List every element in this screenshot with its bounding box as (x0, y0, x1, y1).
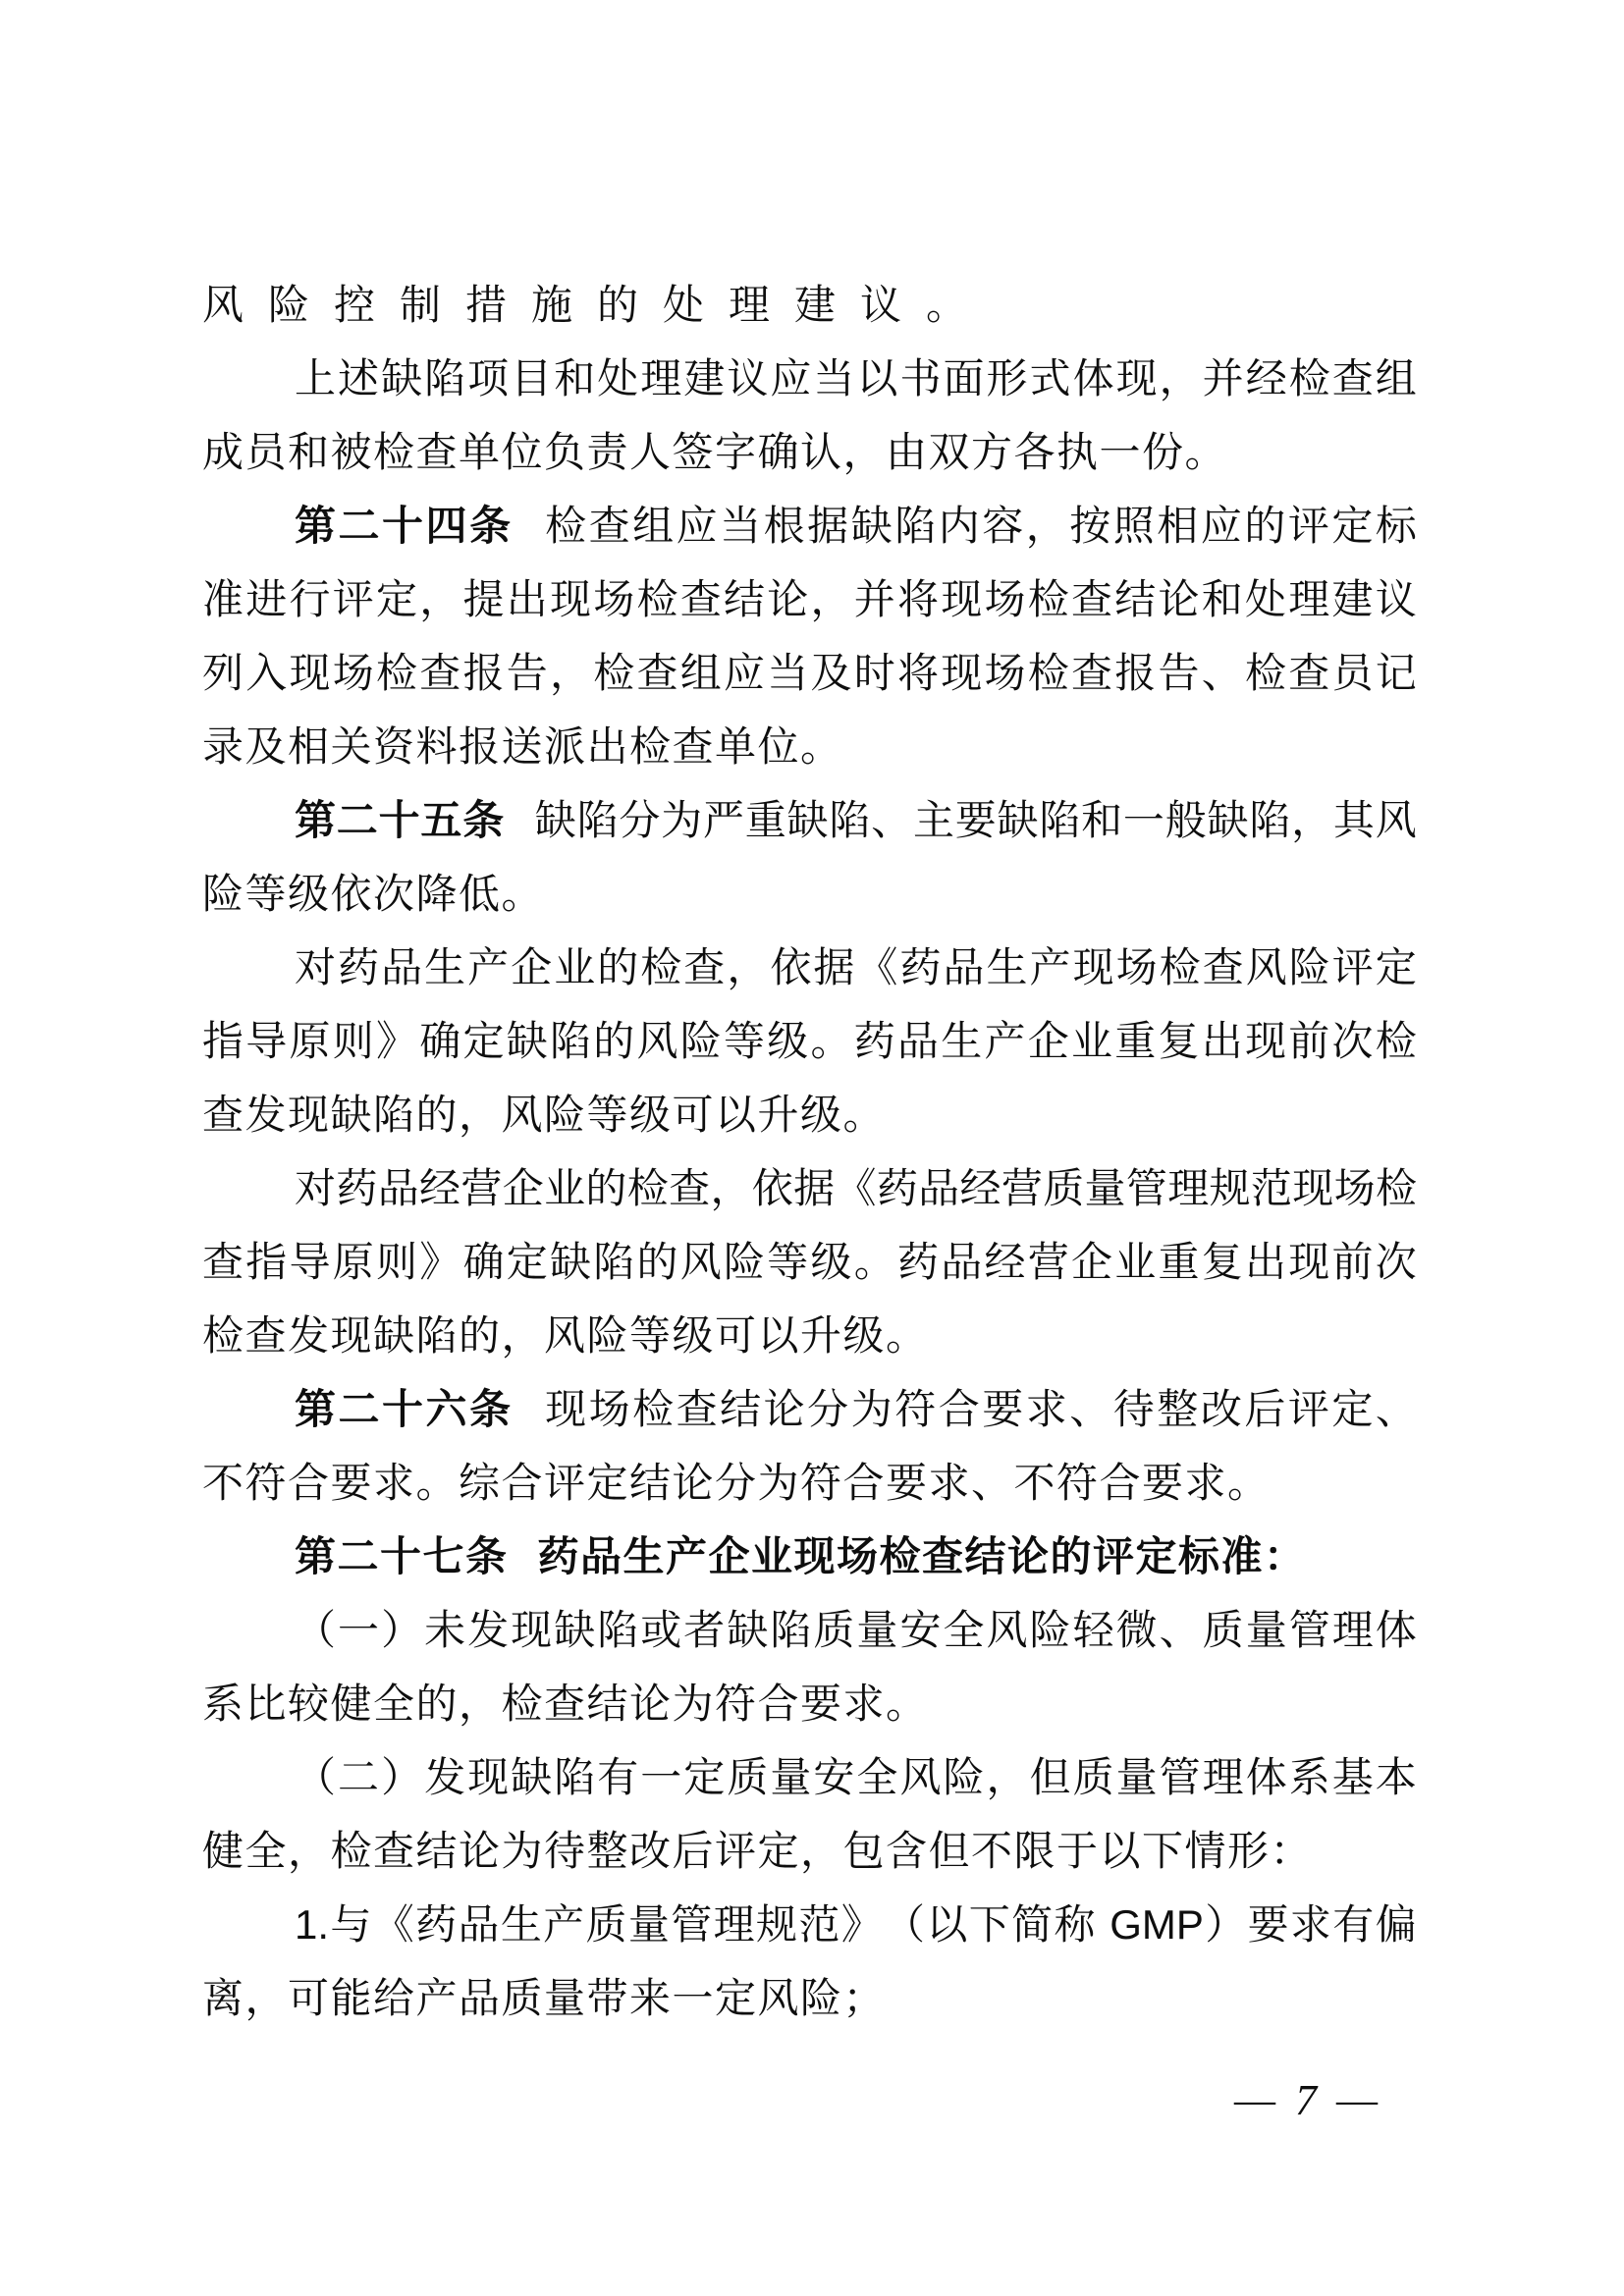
article-number: 第二十七条 (295, 1533, 509, 1579)
doc-line: 查发现缺陷的，风险等级可以升级。 (202, 1078, 1417, 1151)
doc-line-text: 系比较健全的，检查结论为符合要求。 (202, 1681, 929, 1727)
doc-line-text: 药品生产企业现场检查结论的评定标准： (538, 1533, 1307, 1579)
document-page: { "document": { "lines": [ { "text": "风险… (0, 0, 1624, 2296)
doc-line: 准进行评定，提出现场检查结论，并将现场检查结论和处理建议 (202, 562, 1417, 636)
doc-line: 对药品生产企业的检查，依据《药品生产现场检查风险评定 (202, 931, 1417, 1004)
doc-line: 录及相关资料报送派出检查单位。 (202, 710, 1417, 783)
doc-line: 对药品经营企业的检查，依据《药品经营质量管理规范现场检 (202, 1151, 1417, 1225)
page-number-right-dash: — (1336, 2066, 1378, 2135)
doc-line: 第二十五条缺陷分为严重缺陷、主要缺陷和一般缺陷，其风 (202, 783, 1417, 857)
doc-line: 指导原则》确定缺陷的风险等级。药品生产企业重复出现前次检 (202, 1004, 1417, 1078)
doc-line: （一）未发现缺陷或者缺陷质量安全风险轻微、质量管理体 (202, 1593, 1417, 1667)
doc-line: 第二十四条检查组应当根据缺陷内容，按照相应的评定标 (202, 489, 1417, 562)
doc-line: 险等级依次降低。 (202, 857, 1417, 931)
doc-line: （二）发现缺陷有一定质量安全风险，但质量管理体系基本 (202, 1740, 1417, 1814)
page-number: — 7 — (1234, 2066, 1378, 2135)
doc-line: 离，可能给产品质量带来一定风险； (202, 1961, 1417, 2035)
doc-line: 风险控制措施的处理建议。 (202, 268, 1417, 342)
doc-line-text: 查发现缺陷的，风险等级可以升级。 (202, 1092, 886, 1138)
doc-line-text: 险等级依次降低。 (202, 871, 544, 917)
doc-line: 健全，检查结论为待整改后评定，包含但不限于以下情形： (202, 1814, 1417, 1888)
page-number-value: 7 (1295, 2066, 1317, 2135)
doc-line: 成员和被检查单位负责人签字确认，由双方各执一份。 (202, 415, 1417, 489)
doc-line-text: 风险控制措施的处理建议。 (202, 282, 992, 328)
doc-line: 第二十六条现场检查结论分为符合要求、待整改后评定、 (202, 1372, 1417, 1446)
doc-line-text: 不符合要求。综合评定结论分为符合要求、不符合要求。 (202, 1460, 1271, 1506)
doc-line: 查指导原则》确定缺陷的风险等级。药品经营企业重复出现前次 (202, 1225, 1417, 1299)
doc-line: 上述缺陷项目和处理建议应当以书面形式体现，并经检查组 (202, 342, 1417, 415)
doc-line-text: 录及相关资料报送派出检查单位。 (202, 723, 843, 770)
doc-line-text: 成员和被检查单位负责人签字确认，由双方各执一份。 (202, 429, 1227, 475)
page-number-left-dash: — (1234, 2066, 1275, 2135)
doc-line-text: 检查发现缺陷的，风险等级可以升级。 (202, 1312, 929, 1359)
doc-line: 检查发现缺陷的，风险等级可以升级。 (202, 1299, 1417, 1372)
doc-line: 第二十七条药品生产企业现场检查结论的评定标准： (202, 1520, 1417, 1593)
doc-line-text: 健全，检查结论为待整改后评定，包含但不限于以下情形： (202, 1828, 1313, 1874)
doc-line: 系比较健全的，检查结论为符合要求。 (202, 1667, 1417, 1740)
doc-line-text: 离，可能给产品质量带来一定风险； (202, 1975, 886, 2021)
doc-line: 不符合要求。综合评定结论分为符合要求、不符合要求。 (202, 1446, 1417, 1520)
doc-line: 1.与《药品生产质量管理规范》（以下简称GMP）要求有偏 (202, 1888, 1417, 1961)
document-text-block: 风险控制措施的处理建议。上述缺陷项目和处理建议应当以书面形式体现，并经检查组成员… (202, 268, 1417, 2035)
doc-line: 列入现场检查报告，检查组应当及时将现场检查报告、检查员记 (202, 636, 1417, 710)
